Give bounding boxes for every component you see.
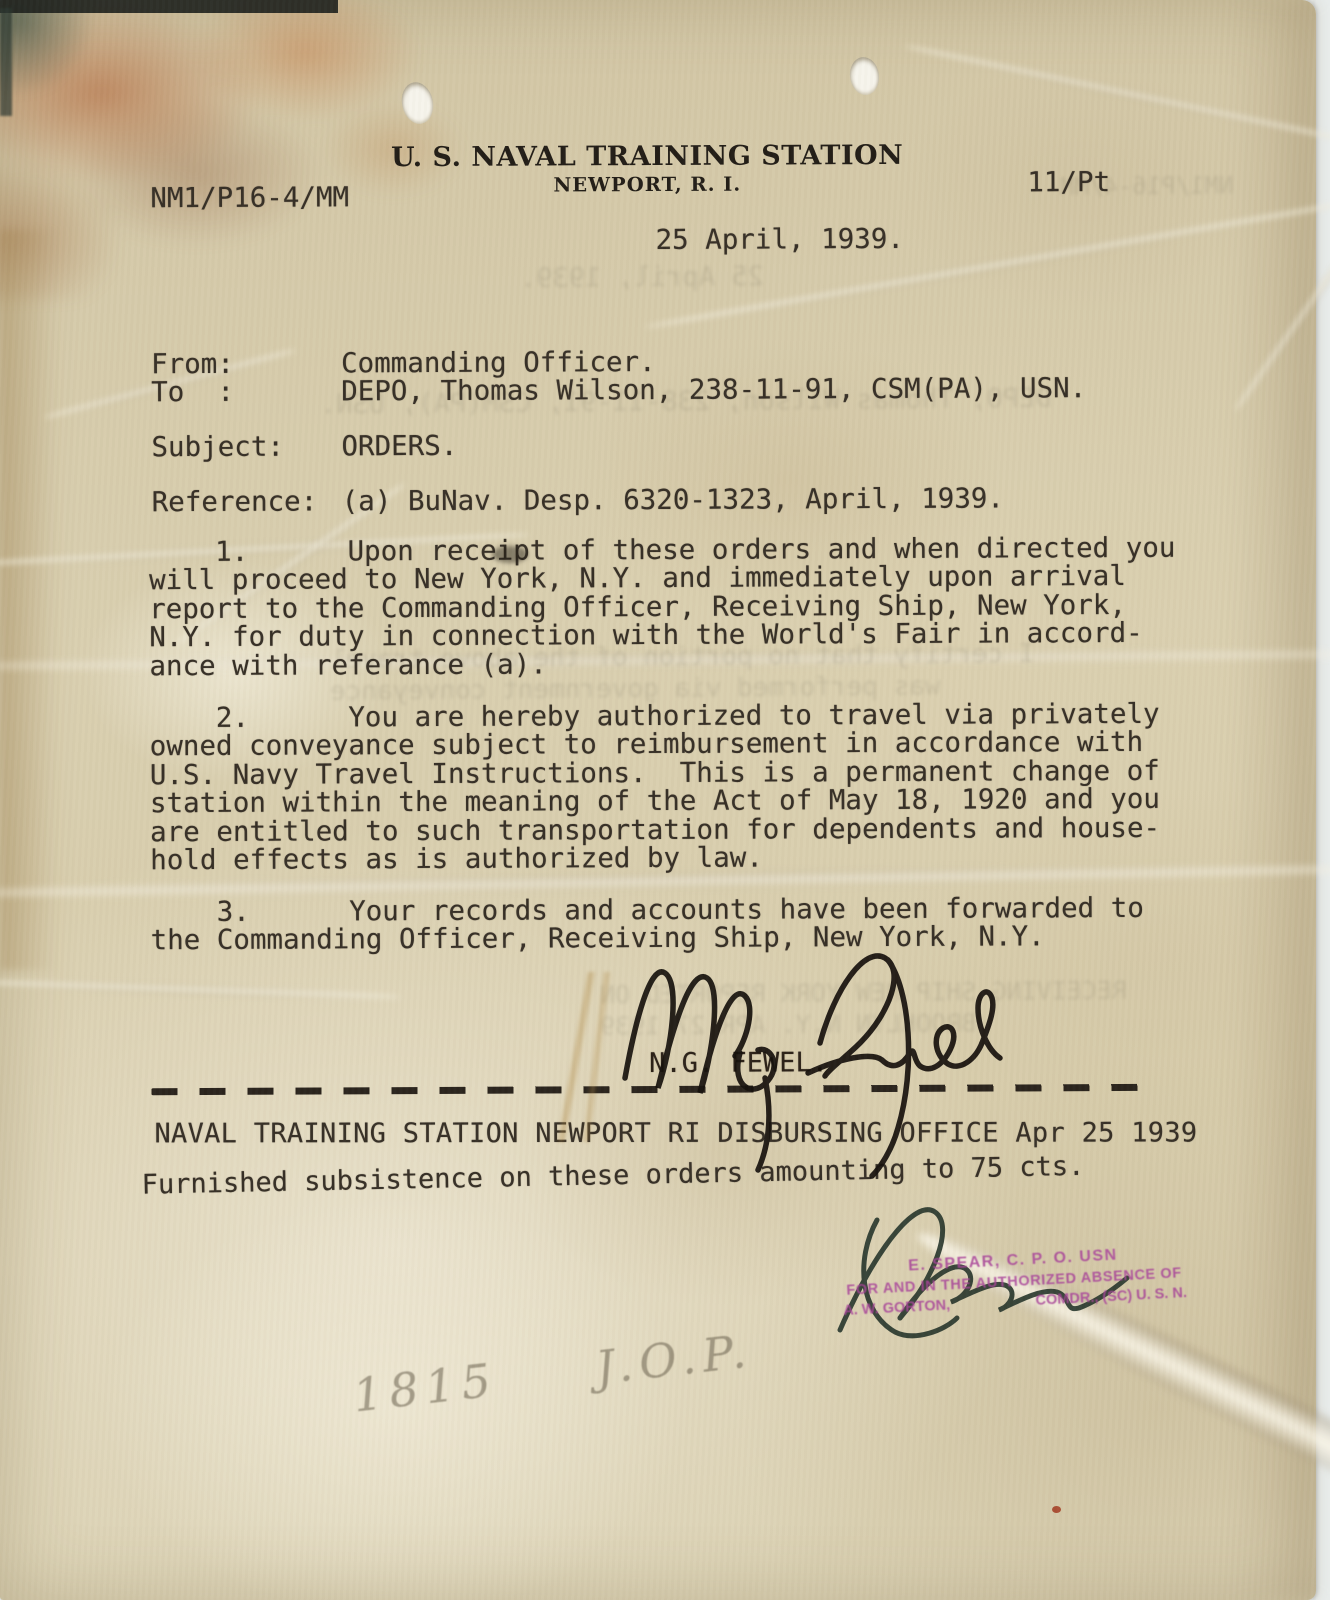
document-paper: 25 April, 1939. NM1/P16-4/MM DEPO, Thoma…	[0, 0, 1316, 1600]
field-value: DEPO, Thomas Wilson, 238-11-91, CSM(PA),…	[341, 372, 1086, 407]
field-value: ORDERS.	[341, 430, 457, 463]
field-subject: Subject: ORDERS.	[151, 430, 457, 463]
ink-smudge	[492, 546, 528, 563]
paragraph-1: 1. Upon receipt of these orders and when…	[149, 534, 1176, 681]
paragraph-line: N.Y. for duty in connection with the Wor…	[149, 619, 1176, 652]
field-label: Subject:	[151, 430, 341, 463]
letterhead-station-name: U. S. NAVAL TRAINING STATION	[347, 140, 947, 174]
field-value: (a) BuNav. Desp. 6320-1323, April, 1939.	[342, 482, 1004, 517]
field-to: To : DEPO, Thomas Wilson, 238-11-91, CSM…	[151, 372, 1086, 408]
scanned-document-page: { "page": {"background_color": "#e9edec"…	[0, 0, 1330, 1600]
file-code-left: NM1/P16-4/MM	[150, 183, 349, 212]
date-line: 25 April, 1939.	[655, 225, 903, 254]
red-ink-speck	[1052, 1506, 1061, 1513]
letterhead-station-location: NEWPORT, R. I.	[347, 172, 947, 198]
paragraph-line: ance with referance (a).	[149, 647, 1176, 680]
paragraph-2: 2. You are hereby authorized to travel v…	[150, 700, 1161, 875]
field-label: Reference:	[152, 485, 342, 518]
field-reference: Reference: (a) BuNav. Desp. 6320-1323, A…	[152, 482, 1004, 518]
paragraph-line: hold effects as is authorized by law.	[150, 842, 1160, 875]
co-signature	[580, 928, 1020, 1188]
file-code-right: 11/Pt	[1027, 168, 1110, 197]
field-label: To :	[151, 375, 341, 408]
